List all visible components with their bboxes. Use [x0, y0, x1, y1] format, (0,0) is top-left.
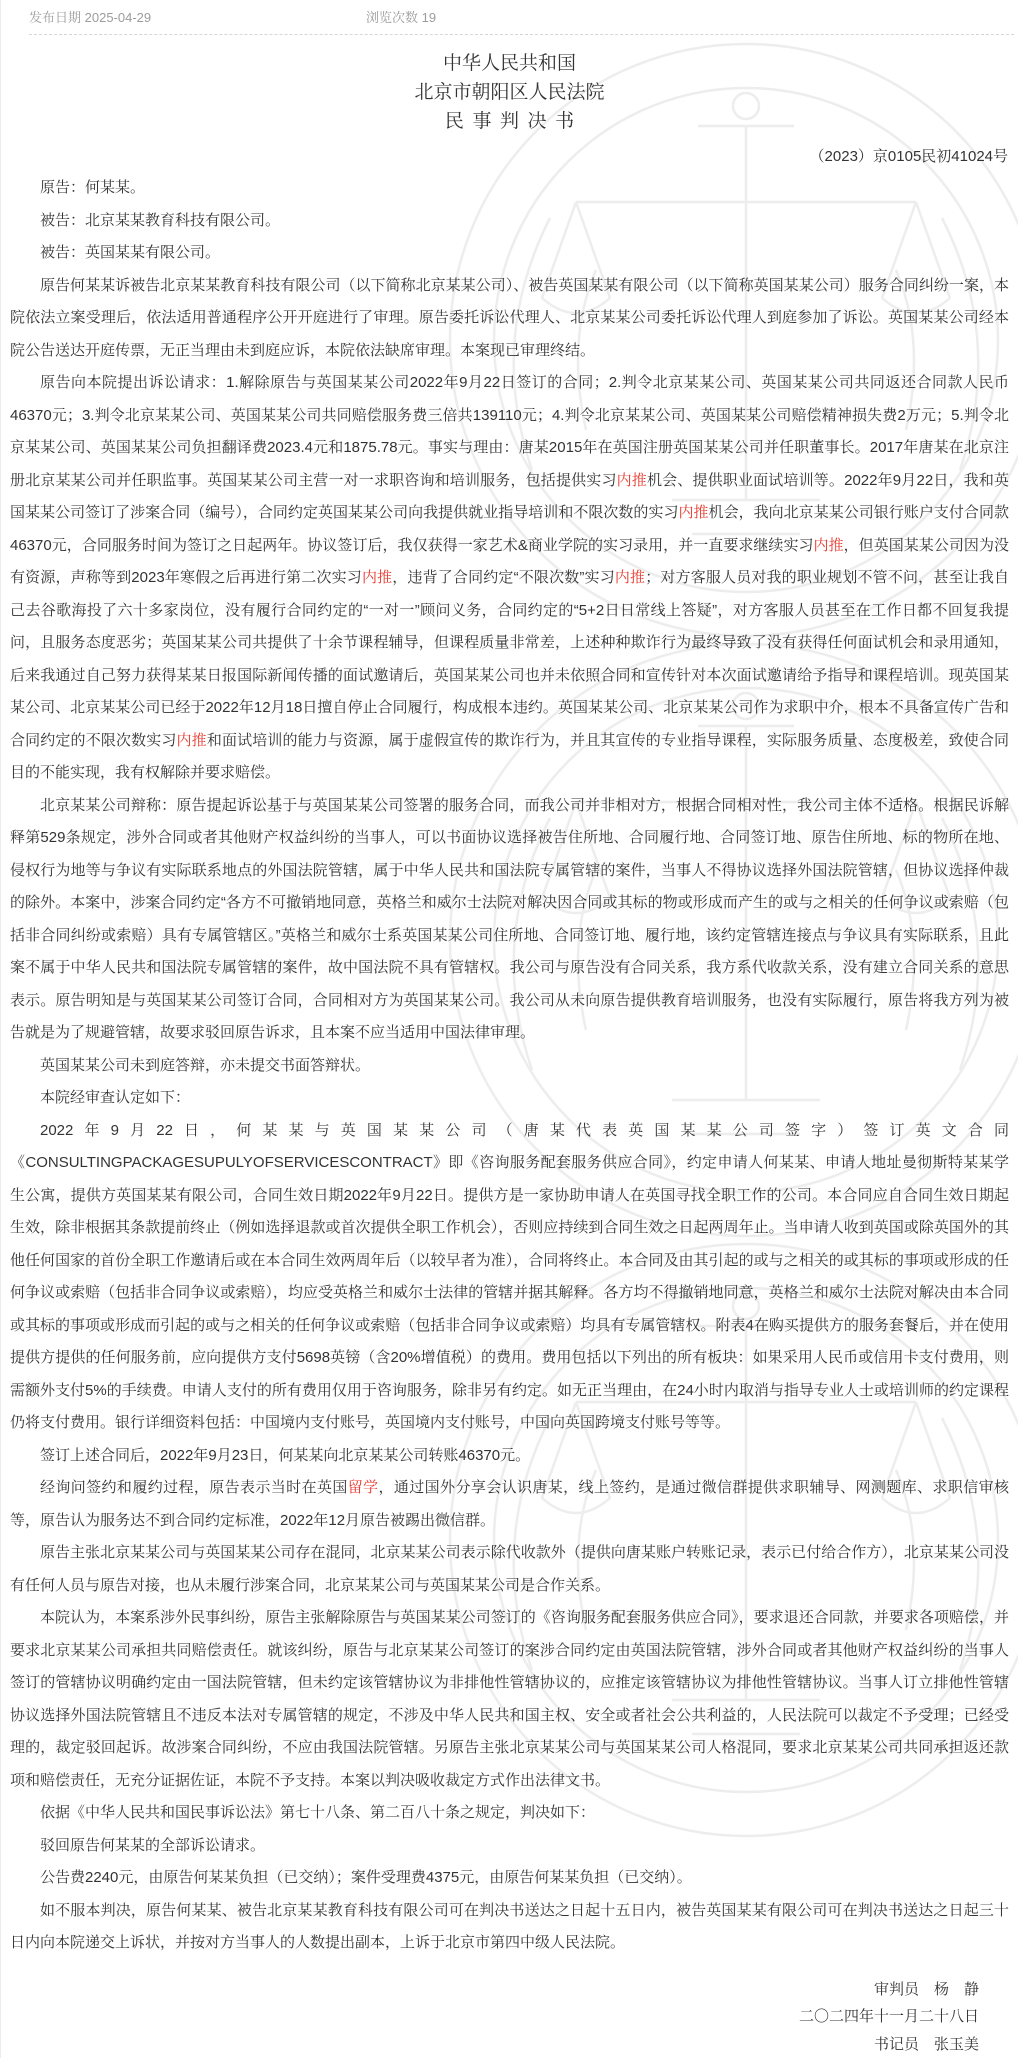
- judgment-paragraph: 原告主张北京某某公司与英国某某公司存在混同，北京某某公司表示除代收款外（提供向唐…: [10, 1537, 1009, 1602]
- page-meta-header: 发布日期 2025-04-29 浏览次数 19: [1, 0, 1018, 34]
- judgment-content: 原告：何某某。 被告：北京某某教育科技有限公司。 被告：英国某某有限公司。 原告…: [1, 166, 1018, 2058]
- paragraph-text: 英国某某公司未到庭答辩，亦未提交书面答辩状。: [40, 1057, 370, 1074]
- view-count-label: 浏览次数: [366, 10, 418, 25]
- paragraph-text: 如不服本判决，原告何某某、被告北京某某教育科技有限公司可在判决书送达之日起十五日…: [10, 1902, 1009, 1952]
- judgment-paragraph: 本院认为，本案系涉外民事纠纷，原告主张解除原告与英国某某公司签订的《咨询服务配套…: [10, 1602, 1009, 1797]
- highlighted-term: 内推: [617, 472, 647, 489]
- case-number: （2023）京0105民初41024号: [1, 145, 1018, 166]
- paragraph-text: ；对方客服人员对我的职业规划不管不问，甚至让我自己去谷歌海投了六十多家岗位，没有…: [10, 569, 1009, 749]
- judgment-paragraph: 2022年9月22日，何某某与英国某某公司（唐某代表英国某某公司签字）签订英文合…: [10, 1115, 1009, 1440]
- title-country: 中华人民共和国: [1, 49, 1018, 78]
- judgment-paragraph: 驳回原告何某某的全部诉讼请求。: [10, 1830, 1009, 1863]
- header-divider: [29, 34, 1014, 35]
- judgment-paragraph: 经询问签约和履约过程，原告表示当时在英国留学，通过国外分享会认识唐某，线上签约，…: [10, 1472, 1009, 1537]
- judgment-body: 原告何某某诉被告北京某某教育科技有限公司（以下简称北京某某公司）、被告英国某某有…: [10, 270, 1009, 1960]
- publish-date: 发布日期 2025-04-29: [29, 7, 151, 26]
- paragraph-text: ，违背了合同约定“不限次数”实习: [392, 569, 615, 586]
- publish-date-value: 2025-04-29: [85, 10, 152, 25]
- highlighted-term: 留学: [348, 1479, 379, 1496]
- paragraph-text: 本院认为，本案系涉外民事纠纷，原告主张解除原告与英国某某公司签订的《咨询服务配套…: [10, 1609, 1009, 1789]
- highlighted-term: 内推: [177, 732, 207, 749]
- signature-block: 审判员 杨 静 二〇二四年十一月二十八日 书记员 张玉美: [10, 1976, 1009, 2058]
- paragraph-text: 经询问签约和履约过程，原告表示当时在英国: [40, 1479, 348, 1496]
- judgment-page: 发布日期 2025-04-29 浏览次数 19 中华人民共和国 北京市朝阳区人民…: [0, 0, 1018, 2058]
- title-doc-type: 民事判决书: [1, 107, 1018, 136]
- publish-date-label: 发布日期: [29, 10, 81, 25]
- judgment-paragraph: 公告费2240元，由原告何某某负担（已交纳）；案件受理费4375元，由原告何某某…: [10, 1862, 1009, 1895]
- highlighted-term: 内推: [362, 569, 392, 586]
- paragraph-text: 原告何某某诉被告北京某某教育科技有限公司（以下简称北京某某公司）、被告英国某某有…: [10, 277, 1009, 359]
- judgment-paragraph: 英国某某公司未到庭答辩，亦未提交书面答辩状。: [10, 1050, 1009, 1083]
- judgment-date: 二〇二四年十一月二十八日: [10, 2003, 979, 2031]
- paragraph-text: 2022年9月22日，何某某与英国某某公司（唐某代表英国某某公司签字）签订英文合…: [10, 1122, 1009, 1432]
- party-defendant-2: 被告：英国某某有限公司。: [10, 237, 1009, 270]
- judgment-paragraph: 原告向本院提出诉讼请求：1.解除原告与英国某某公司2022年9月22日签订的合同…: [10, 367, 1009, 790]
- paragraph-text: 签订上述合同后，2022年9月23日，何某某向北京某某公司转账46370元。: [40, 1447, 530, 1464]
- party-defendant-1: 被告：北京某某教育科技有限公司。: [10, 205, 1009, 238]
- judgment-paragraph: 本院经审查认定如下：: [10, 1082, 1009, 1115]
- judgment-paragraph: 北京某某公司辩称：原告提起诉讼基于与英国某某公司签署的服务合同，而我公司并非相对…: [10, 790, 1009, 1050]
- paragraph-text: 本院经审查认定如下：: [40, 1089, 190, 1106]
- judgment-paragraph: 原告何某某诉被告北京某某教育科技有限公司（以下简称北京某某公司）、被告英国某某有…: [10, 270, 1009, 368]
- paragraph-text: 依据《中华人民共和国民事诉讼法》第七十八条、第二百八十条之规定，判决如下：: [40, 1804, 595, 1821]
- document-title: 中华人民共和国 北京市朝阳区人民法院 民事判决书: [1, 49, 1018, 136]
- highlighted-term: 内推: [679, 504, 709, 521]
- view-count: 浏览次数 19: [366, 7, 436, 26]
- party-plaintiff: 原告：何某某。: [10, 172, 1009, 205]
- title-court: 北京市朝阳区人民法院: [1, 78, 1018, 107]
- paragraph-text: 公告费2240元，由原告何某某负担（已交纳）；案件受理费4375元，由原告何某某…: [40, 1869, 692, 1886]
- paragraph-text: 原告主张北京某某公司与英国某某公司存在混同，北京某某公司表示除代收款外（提供向唐…: [10, 1544, 1009, 1594]
- judgment-paragraph: 依据《中华人民共和国民事诉讼法》第七十八条、第二百八十条之规定，判决如下：: [10, 1797, 1009, 1830]
- judgment-paragraph: 如不服本判决，原告何某某、被告北京某某教育科技有限公司可在判决书送达之日起十五日…: [10, 1895, 1009, 1960]
- judge-name: 审判员 杨 静: [10, 1976, 979, 2004]
- judgment-paragraph: 签订上述合同后，2022年9月23日，何某某向北京某某公司转账46370元。: [10, 1440, 1009, 1473]
- clerk-name: 书记员 张玉美: [10, 2031, 979, 2058]
- highlighted-term: 内推: [814, 537, 844, 554]
- highlighted-term: 内推: [615, 569, 645, 586]
- paragraph-text: 北京某某公司辩称：原告提起诉讼基于与英国某某公司签署的服务合同，而我公司并非相对…: [10, 797, 1009, 1042]
- view-count-value: 19: [422, 10, 436, 25]
- paragraph-text: 驳回原告何某某的全部诉讼请求。: [40, 1837, 265, 1854]
